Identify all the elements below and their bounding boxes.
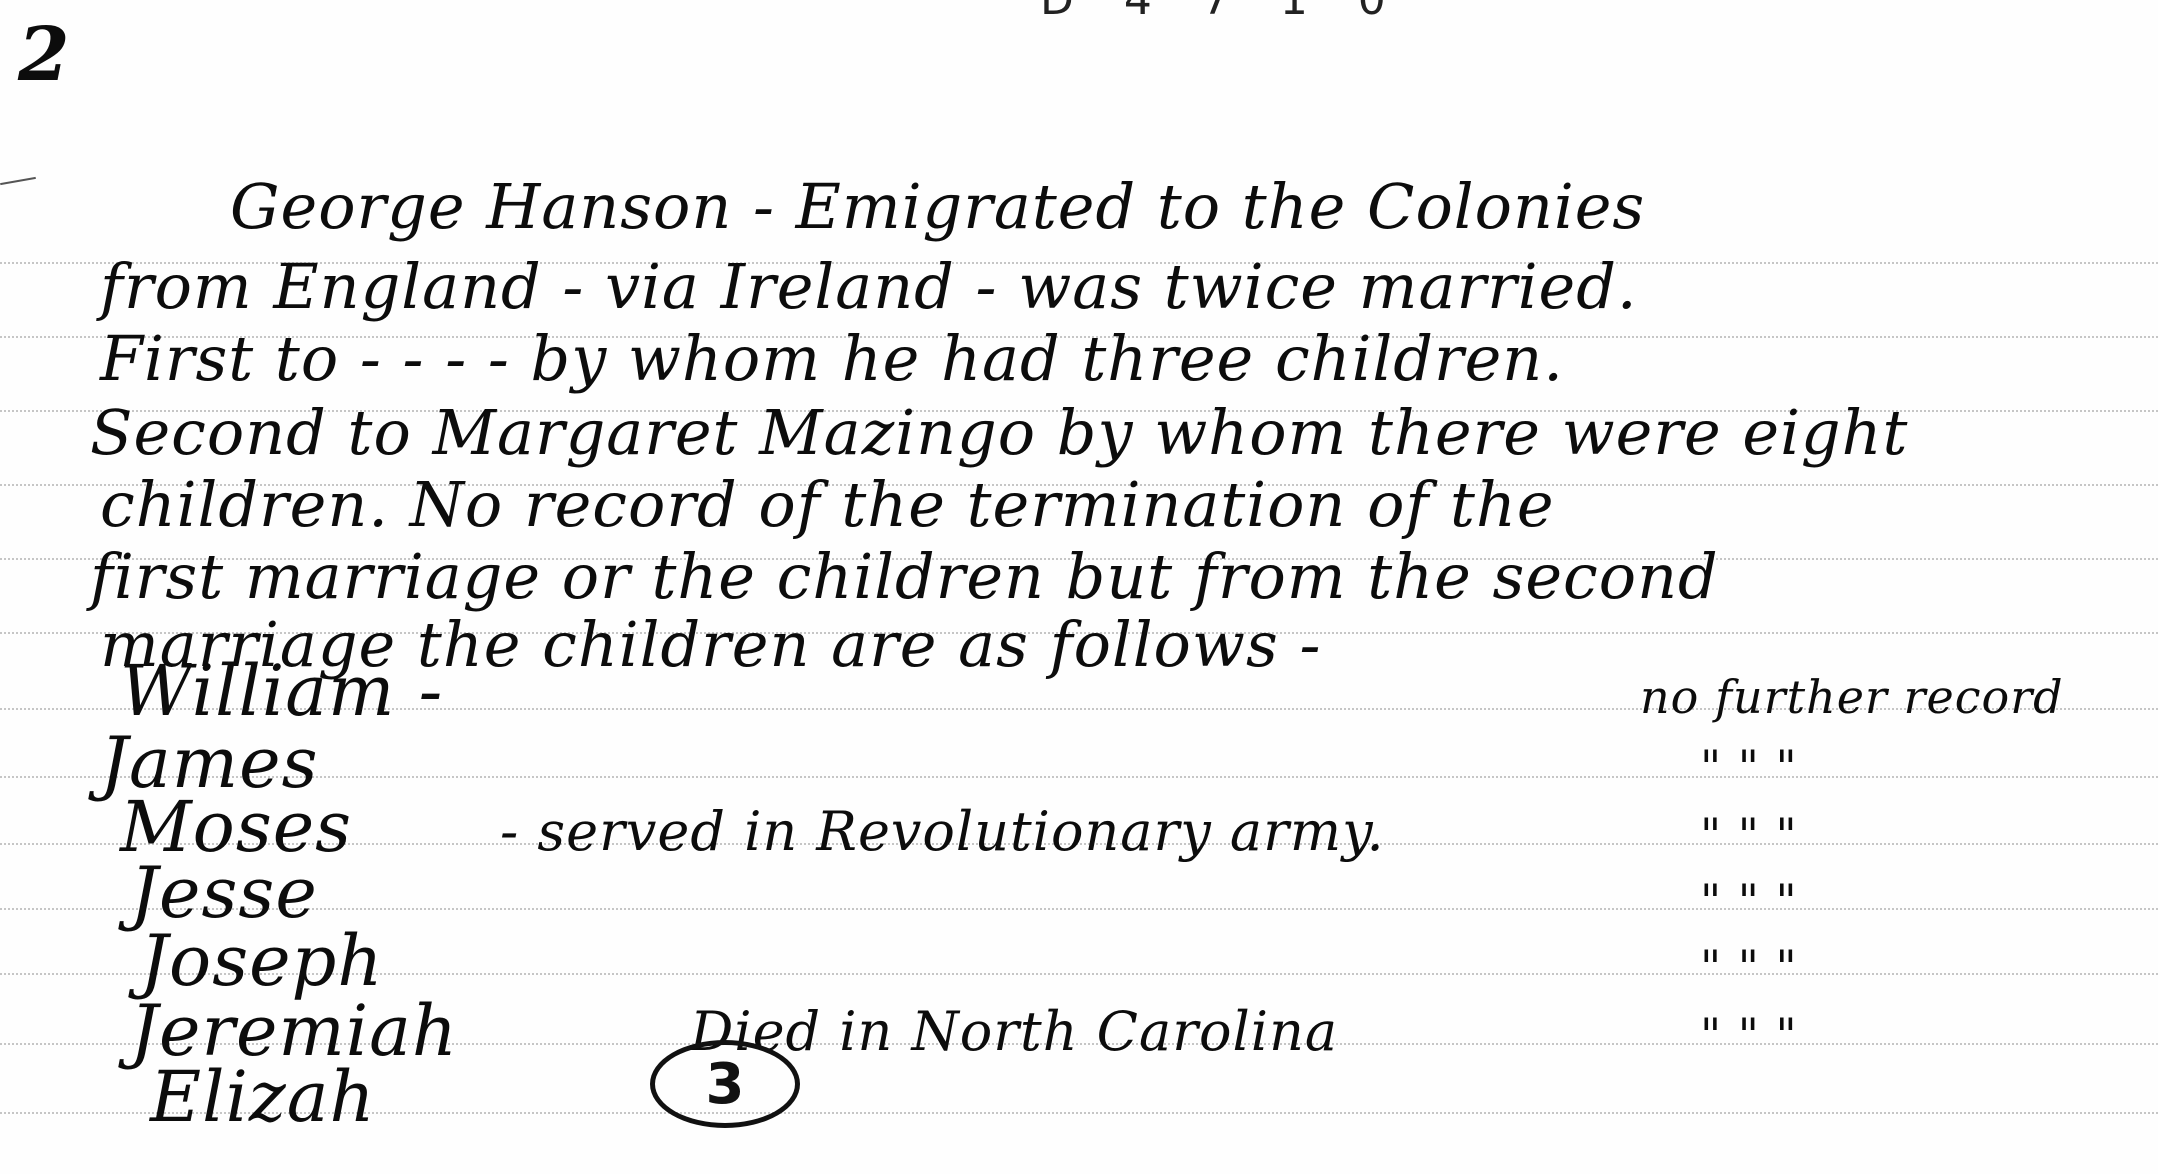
paragraph-line: First to - - - - by whom he had three ch… bbox=[100, 322, 1564, 395]
child-note-moses: - served in Revolutionary army. bbox=[500, 800, 1385, 863]
page-number: 2 bbox=[18, 12, 70, 98]
handwritten-document-page: D 4 7 1 0 2 George Hanson - Emigrated to… bbox=[0, 0, 2158, 1174]
ruled-line bbox=[0, 908, 2158, 910]
paragraph-line: Second to Margaret Mazingo by whom there… bbox=[90, 396, 1908, 469]
ditto-marks: " " " bbox=[1700, 1008, 1798, 1062]
child-note-jeremiah: Died in North Carolina bbox=[690, 1000, 1338, 1063]
child-name-elizah: Elizah bbox=[150, 1056, 376, 1138]
top-fragment-text: D 4 7 1 0 bbox=[1040, 0, 1404, 25]
circled-number-text: 3 bbox=[706, 1052, 745, 1117]
paragraph-line: first marriage or the children but from … bbox=[90, 540, 1719, 613]
margin-mark bbox=[0, 177, 36, 185]
ditto-marks: " " " bbox=[1700, 940, 1798, 994]
child-name-william: William - bbox=[120, 650, 443, 732]
ruled-line bbox=[0, 776, 2158, 778]
ditto-marks: " " " bbox=[1700, 740, 1798, 794]
paragraph-line: George Hanson - Emigrated to the Colonie… bbox=[230, 170, 1645, 243]
ditto-marks: " " " bbox=[1700, 808, 1798, 862]
record-note: no further record bbox=[1640, 670, 2064, 724]
paragraph-line: from England - via Ireland - was twice m… bbox=[100, 250, 1638, 323]
paragraph-line: children. No record of the termination o… bbox=[100, 468, 1555, 541]
circled-page-number: 3 bbox=[650, 1040, 800, 1128]
ditto-marks: " " " bbox=[1700, 874, 1798, 928]
